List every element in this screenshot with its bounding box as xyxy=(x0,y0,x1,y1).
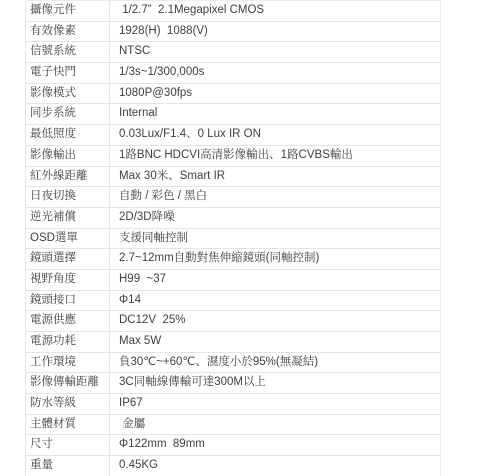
spec-value: IP67 xyxy=(110,394,440,414)
table-row: 視野角度 H99 ~37 xyxy=(26,270,440,291)
spec-value: 金屬 xyxy=(110,415,440,435)
spec-label: 工作環境 xyxy=(26,353,110,373)
table-row: 鏡頭接口 Φ14 xyxy=(26,291,440,312)
spec-label: 信號系統 xyxy=(26,42,110,62)
spec-label: 尺寸 xyxy=(26,435,110,455)
spec-value: 1路BNC HDCVI高清影像輸出、1路CVBS輸出 xyxy=(110,146,440,166)
spec-value: 0.45KG xyxy=(110,456,440,476)
spec-label: 電源功耗 xyxy=(26,332,110,352)
table-row: 逆光補償 2D/3D降噪 xyxy=(26,208,440,229)
spec-label: 防水等級 xyxy=(26,394,110,414)
table-row: OSD選單 支援同軸控制 xyxy=(26,229,440,250)
spec-label: 影像輸出 xyxy=(26,146,110,166)
table-row: 同步系統 Internal xyxy=(26,104,440,125)
spec-value: Φ14 xyxy=(110,291,440,311)
table-row: 影像傳輸距離 3C同軸線傳輸可達300M以上 xyxy=(26,373,440,394)
table-row: 影像輸出 1路BNC HDCVI高清影像輸出、1路CVBS輸出 xyxy=(26,146,440,167)
spec-value: 支援同軸控制 xyxy=(110,229,440,249)
spec-label: 有效像素 xyxy=(26,22,110,42)
spec-label: 主體材質 xyxy=(26,415,110,435)
table-row: 影像模式 1080P@30fps xyxy=(26,84,440,105)
table-row: 有效像素 1928(H) 1088(V) xyxy=(26,22,440,43)
spec-label: 鏡頭選擇 xyxy=(26,249,110,269)
spec-value: 1080P@30fps xyxy=(110,84,440,104)
spec-value: 0.03Lux/F1.4、0 Lux IR ON xyxy=(110,125,440,145)
spec-label: 視野角度 xyxy=(26,270,110,290)
spec-label: 逆光補償 xyxy=(26,208,110,228)
table-row: 紅外線距離 Max 30米、Smart IR xyxy=(26,167,440,188)
table-row: 信號系統 NTSC xyxy=(26,42,440,63)
spec-value: 2.7~12mm自動對焦伸縮鏡頭(同軸控制) xyxy=(110,249,440,269)
table-row: 鏡頭選擇 2.7~12mm自動對焦伸縮鏡頭(同軸控制) xyxy=(26,249,440,270)
spec-value: 2D/3D降噪 xyxy=(110,208,440,228)
spec-label: 影像模式 xyxy=(26,84,110,104)
table-row: 電子快門 1/3s~1/300,000s xyxy=(26,63,440,84)
spec-label: 日夜切換 xyxy=(26,187,110,207)
table-row: 最低照度 0.03Lux/F1.4、0 Lux IR ON xyxy=(26,125,440,146)
spec-value: Max 5W xyxy=(110,332,440,352)
spec-value: 負30℃~+60℃、濕度小於95%(無凝結) xyxy=(110,353,440,373)
spec-label: 紅外線距離 xyxy=(26,167,110,187)
table-row: 攝像元件 1/2.7” 2.1Megapixel CMOS xyxy=(26,1,440,22)
spec-value: 1928(H) 1088(V) xyxy=(110,22,440,42)
spec-label: 同步系統 xyxy=(26,104,110,124)
spec-label: OSD選單 xyxy=(26,229,110,249)
spec-value: 1/2.7” 2.1Megapixel CMOS xyxy=(110,1,440,21)
table-row: 工作環境 負30℃~+60℃、濕度小於95%(無凝結) xyxy=(26,353,440,374)
table-row: 日夜切換 自動 / 彩色 / 黑白 xyxy=(26,187,440,208)
table-row: 防水等級 IP67 xyxy=(26,394,440,415)
spec-label: 電源供應 xyxy=(26,311,110,331)
spec-value: NTSC xyxy=(110,42,440,62)
spec-value: Φ122mm 89mm xyxy=(110,435,440,455)
spec-value: 自動 / 彩色 / 黑白 xyxy=(110,187,440,207)
spec-label: 重量 xyxy=(26,456,110,476)
spec-label: 電子快門 xyxy=(26,63,110,83)
table-row: 主體材質 金屬 xyxy=(26,415,440,436)
table-row: 電源供應 DC12V 25% xyxy=(26,311,440,332)
table-row: 重量 0.45KG xyxy=(26,456,440,476)
spec-label: 鏡頭接口 xyxy=(26,291,110,311)
spec-value: DC12V 25% xyxy=(110,311,440,331)
spec-label: 影像傳輸距離 xyxy=(26,373,110,393)
spec-value: Internal xyxy=(110,104,440,124)
spec-label: 最低照度 xyxy=(26,125,110,145)
table-row: 電源功耗 Max 5W xyxy=(26,332,440,353)
spec-sheet-page: 攝像元件 1/2.7” 2.1Megapixel CMOS 有效像素 1928(… xyxy=(0,0,480,476)
spec-value: H99 ~37 xyxy=(110,270,440,290)
camera-spec-table: 攝像元件 1/2.7” 2.1Megapixel CMOS 有效像素 1928(… xyxy=(25,0,441,476)
spec-value: 3C同軸線傳輸可達300M以上 xyxy=(110,373,440,393)
spec-value: Max 30米、Smart IR xyxy=(110,167,440,187)
spec-label: 攝像元件 xyxy=(26,1,110,21)
table-row: 尺寸 Φ122mm 89mm xyxy=(26,435,440,456)
spec-value: 1/3s~1/300,000s xyxy=(110,63,440,83)
